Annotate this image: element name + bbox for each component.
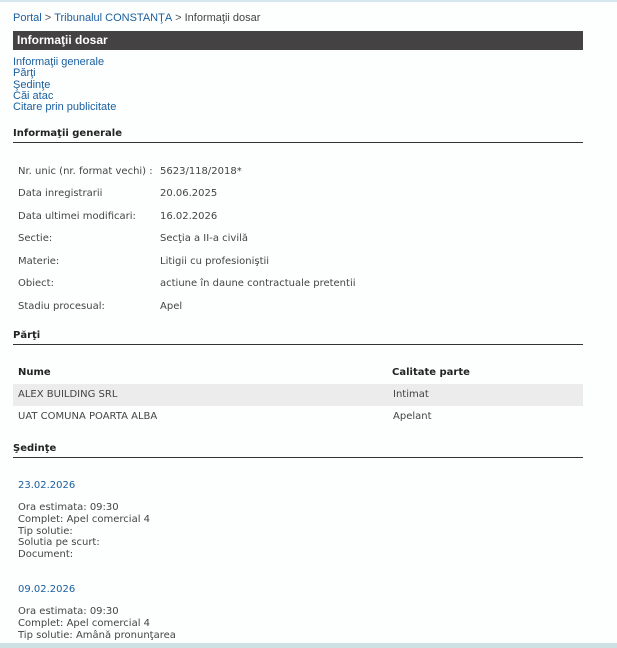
info-row: Materie:Litigii cu profesioniştii bbox=[18, 256, 269, 267]
session-solution-summary: Solutia pe scurt: bbox=[18, 537, 150, 549]
info-value: Secţia a II-a civilă bbox=[160, 233, 248, 244]
session-solution-type: Tip solutie: Amână pronunţarea bbox=[18, 630, 176, 642]
breadcrumb-separator: > bbox=[172, 12, 184, 24]
toc-link-citare[interactable]: Citare prin publicitate bbox=[13, 102, 116, 113]
info-label: Data ultimei modificari: bbox=[18, 211, 160, 222]
table-of-contents: Informaţii generale Părţi Şedinţe Căi at… bbox=[13, 57, 116, 113]
table-row: UAT COMUNA POARTA ALBA Apelant bbox=[13, 406, 583, 428]
horizontal-scrollbar[interactable] bbox=[0, 643, 617, 648]
info-row: Nr. unic (nr. format vechi) :5623/118/20… bbox=[18, 166, 242, 177]
info-value: 16.02.2026 bbox=[160, 211, 217, 222]
section-heading-parti: Părţi bbox=[13, 330, 583, 345]
info-label: Stadiu procesual: bbox=[18, 301, 160, 312]
breadcrumb-tribunal[interactable]: Tribunalul CONSTANŢA bbox=[54, 12, 172, 24]
session-document: Document: bbox=[18, 549, 150, 561]
section-heading-sedinte: Şedinţe bbox=[13, 443, 583, 458]
info-label: Data inregistrarii bbox=[18, 188, 160, 199]
session-date: 09.02.2026 bbox=[18, 584, 75, 595]
info-value: 20.06.2025 bbox=[160, 188, 217, 199]
info-value: 5623/118/2018* bbox=[160, 166, 242, 177]
party-role: Intimat bbox=[393, 384, 429, 406]
info-value: Litigii cu profesioniştii bbox=[160, 256, 269, 267]
info-row: Stadiu procesual:Apel bbox=[18, 301, 182, 312]
session-panel: Complet: Apel comercial 4 bbox=[18, 514, 150, 526]
info-value: Apel bbox=[160, 301, 182, 312]
session-panel: Complet: Apel comercial 4 bbox=[18, 618, 176, 630]
party-role: Apelant bbox=[393, 406, 432, 428]
info-row: Data ultimei modificari:16.02.2026 bbox=[18, 211, 217, 222]
info-label: Materie: bbox=[18, 256, 160, 267]
toc-link-parti[interactable]: Părţi bbox=[13, 68, 116, 79]
info-label: Sectie: bbox=[18, 233, 160, 244]
info-label: Obiect: bbox=[18, 278, 160, 289]
top-border bbox=[0, 0, 617, 2]
party-name: ALEX BUILDING SRL bbox=[18, 384, 117, 406]
session-details: Ora estimata: 09:30 Complet: Apel comerc… bbox=[18, 606, 176, 641]
breadcrumb: Portal>Tribunalul CONSTANŢA>Informaţii d… bbox=[13, 12, 260, 24]
session-solution-type: Tip solutie: bbox=[18, 526, 150, 538]
section-heading-info-generale: Informaţii generale bbox=[13, 128, 583, 143]
breadcrumb-portal[interactable]: Portal bbox=[13, 12, 42, 24]
party-name: UAT COMUNA POARTA ALBA bbox=[18, 406, 157, 428]
page-title: Informaţii dosar bbox=[13, 31, 583, 50]
session-time: Ora estimata: 09:30 bbox=[18, 606, 176, 618]
column-header-calitate: Calitate parte bbox=[392, 367, 470, 378]
breadcrumb-separator: > bbox=[42, 12, 54, 24]
session-time: Ora estimata: 09:30 bbox=[18, 502, 150, 514]
info-row: Data inregistrarii20.06.2025 bbox=[18, 188, 217, 199]
breadcrumb-current: Informaţii dosar bbox=[185, 12, 261, 24]
column-header-nume: Nume bbox=[18, 367, 51, 378]
session-details: Ora estimata: 09:30 Complet: Apel comerc… bbox=[18, 502, 150, 561]
info-value: actiune în daune contractuale pretentii bbox=[160, 278, 356, 289]
info-row: Sectie:Secţia a II-a civilă bbox=[18, 233, 248, 244]
table-row: ALEX BUILDING SRL Intimat bbox=[13, 384, 583, 406]
info-label: Nr. unic (nr. format vechi) : bbox=[18, 166, 160, 177]
info-row: Obiect:actiune în daune contractuale pre… bbox=[18, 278, 356, 289]
session-date: 23.02.2026 bbox=[18, 480, 75, 491]
